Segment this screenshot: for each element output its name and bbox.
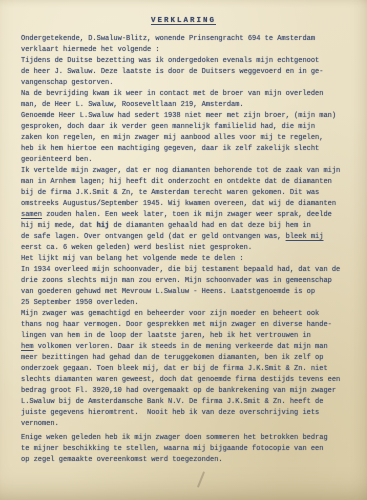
- text-line: lingen van hem in de loop der laatste ja…: [21, 331, 355, 342]
- text-segment: Ik vertelde mijn zwager, dat er nog diam…: [21, 167, 340, 175]
- text-segment: samen: [21, 211, 42, 219]
- text-segment: volkomen verloren. Daar ik steeds in de …: [34, 343, 328, 351]
- text-line: Tijdens de Duitse bezetting was ik onder…: [21, 56, 355, 67]
- pencil-stroke-mark: [197, 471, 205, 488]
- text-line: drie zoons slechts mijn man zou erven. M…: [21, 276, 355, 287]
- text-line: Het lijkt mij van belang het volgende me…: [21, 254, 355, 265]
- text-segment: van goederen gehuwd met Mevrouw L.Swaluw…: [21, 288, 315, 296]
- text-segment: georiënteerd ben.: [21, 156, 92, 164]
- text-segment: bij de firma J.K.Smit & Zn, te Amsterdam…: [21, 189, 319, 197]
- text-line: de safe lagen. Over ontvangen geld (dat …: [21, 232, 355, 243]
- text-line: de heer J. Swaluw. Deze laatste is door …: [21, 67, 355, 78]
- text-segment: gesproken, doch daar ik verder geen mann…: [21, 123, 315, 131]
- text-segment: Enige weken geleden heb ik mijn zwager d…: [21, 434, 328, 442]
- text-line: heb ik hem hiertoe een machtiging gegeve…: [21, 144, 355, 155]
- document-title-text: VERKLARING: [147, 17, 220, 25]
- text-segment: 25 September 1950 overleden.: [21, 299, 139, 307]
- text-segment: Mijn zwager was gemachtigd en beheerder …: [21, 310, 319, 318]
- text-segment: verklaart hiermede het volgende :: [21, 46, 160, 54]
- text-line: omstreeks Augustus/September 1945. Wij k…: [21, 199, 355, 210]
- text-line: Ondergetekende, D.Swaluw-Blitz, wonende …: [21, 34, 355, 45]
- text-line: Enige weken geleden heb ik mijn zwager d…: [21, 433, 355, 444]
- text-line: gesproken, doch daar ik verder geen mann…: [21, 122, 355, 133]
- text-segment: meer bezittingen had gehad dan de terugg…: [21, 354, 323, 362]
- text-line: Ik vertelde mijn zwager, dat er nog diam…: [21, 166, 355, 177]
- text-segment: bleek mij: [286, 233, 324, 241]
- text-segment: zouden halen. Een week later, toen ik mi…: [42, 211, 332, 219]
- document-page: VERKLARING Ondergetekende, D.Swaluw-Blit…: [0, 0, 367, 500]
- text-segment: onderzoek gegaan. Toen bleek mij, dat er…: [21, 365, 328, 373]
- text-segment: bedrag groot Fl. 3920,10 had overgemaakt…: [21, 387, 336, 395]
- text-line: verklaart hiermede het volgende :: [21, 45, 355, 56]
- text-line: zaken kon regelen, en mijn zwager mij aa…: [21, 133, 355, 144]
- text-segment: man in Arnhem lagen; hij heeft dit onder…: [21, 178, 332, 186]
- text-line: In 1934 overleed mijn schoonvader, die b…: [21, 265, 355, 276]
- text-line: op zegel gemaakte overeenkomst werd toeg…: [21, 455, 355, 466]
- text-line: samen zouden halen. Een week later, toen…: [21, 210, 355, 221]
- text-segment: eerst ca. 6 weken geleden) werd beslist …: [21, 244, 252, 252]
- text-line: bij de firma J.K.Smit & Zn, te Amsterdam…: [21, 188, 355, 199]
- text-segment: heb ik hem hiertoe een machtiging gegeve…: [21, 145, 319, 153]
- document-body: Ondergetekende, D.Swaluw-Blitz, wonende …: [0, 25, 367, 466]
- text-line: te mijner beschikking te stellen, waarna…: [21, 444, 355, 455]
- text-segment: vernomen.: [21, 420, 59, 428]
- text-segment: de diamanten gehaald had en dat deze bij…: [109, 222, 311, 230]
- text-segment: Ondergetekende, D.Swaluw-Blitz, wonende …: [21, 35, 315, 43]
- text-segment: hij: [97, 222, 110, 230]
- text-line: onderzoek gegaan. Toen bleek mij, dat er…: [21, 364, 355, 375]
- text-line: juiste gegevens hieromtrent. Nooit heb i…: [21, 408, 355, 419]
- text-line: 25 September 1950 overleden.: [21, 298, 355, 309]
- text-segment: vangenschap gestorven.: [21, 79, 113, 87]
- text-segment: hem: [21, 343, 34, 351]
- text-line: vernomen.: [21, 419, 355, 430]
- text-segment: omstreeks Augustus/September 1945. Wij k…: [21, 200, 336, 208]
- text-segment: slechts diamanten waren geweest, doch da…: [21, 376, 340, 384]
- text-segment: thans nog haar vermogen. Door gesprekken…: [21, 321, 332, 329]
- text-line: man in Arnhem lagen; hij heeft dit onder…: [21, 177, 355, 188]
- text-line: thans nog haar vermogen. Door gesprekken…: [21, 320, 355, 331]
- text-line: man, de Heer L. Swaluw, Rooseveltlaan 21…: [21, 100, 355, 111]
- text-line: vangenschap gestorven.: [21, 78, 355, 89]
- text-segment: L.Swaluw bij de Amsterdamsche Bank N.V. …: [21, 398, 323, 406]
- text-segment: de heer J. Swaluw. Deze laatste is door …: [21, 68, 323, 76]
- text-segment: Na de bevrijding kwam ik weer in contact…: [21, 90, 323, 98]
- text-segment: hij mij mede, dat: [21, 222, 97, 230]
- text-line: Na de bevrijding kwam ik weer in contact…: [21, 89, 355, 100]
- text-segment: drie zoons slechts mijn man zou erven. M…: [21, 277, 332, 285]
- text-line: georiënteerd ben.: [21, 155, 355, 166]
- text-line: slechts diamanten waren geweest, doch da…: [21, 375, 355, 386]
- text-segment: juiste gegevens hieromtrent. Nooit heb i…: [21, 409, 319, 417]
- text-segment: op zegel gemaakte overeenkomst werd toeg…: [21, 456, 223, 464]
- text-line: Genoemde Heer L.Swaluw had sedert 1938 n…: [21, 111, 355, 122]
- text-segment: In 1934 overleed mijn schoonvader, die b…: [21, 266, 340, 274]
- document-title: VERKLARING: [0, 0, 367, 25]
- text-line: hem volkomen verloren. Daar ik steeds in…: [21, 342, 355, 353]
- text-segment: zaken kon regelen, en mijn zwager mij aa…: [21, 134, 323, 142]
- text-segment: man, de Heer L. Swaluw, Rooseveltlaan 21…: [21, 101, 244, 109]
- text-line: meer bezittingen had gehad dan de terugg…: [21, 353, 355, 364]
- text-segment: Genoemde Heer L.Swaluw had sedert 1938 n…: [21, 112, 336, 120]
- text-line: hij mij mede, dat hij de diamanten gehaa…: [21, 221, 355, 232]
- text-line: L.Swaluw bij de Amsterdamsche Bank N.V. …: [21, 397, 355, 408]
- text-segment: lingen van hem in de loop der laatste ja…: [21, 332, 311, 340]
- text-segment: te mijner beschikking te stellen, waarna…: [21, 445, 323, 453]
- text-segment: Het lijkt mij van belang het volgende me…: [21, 255, 244, 263]
- text-line: bedrag groot Fl. 3920,10 had overgemaakt…: [21, 386, 355, 397]
- text-line: Mijn zwager was gemachtigd en beheerder …: [21, 309, 355, 320]
- text-segment: de safe lagen. Over ontvangen geld (dat …: [21, 233, 286, 241]
- text-segment: Tijdens de Duitse bezetting was ik onder…: [21, 57, 319, 65]
- text-line: eerst ca. 6 weken geleden) werd beslist …: [21, 243, 355, 254]
- text-line: van goederen gehuwd met Mevrouw L.Swaluw…: [21, 287, 355, 298]
